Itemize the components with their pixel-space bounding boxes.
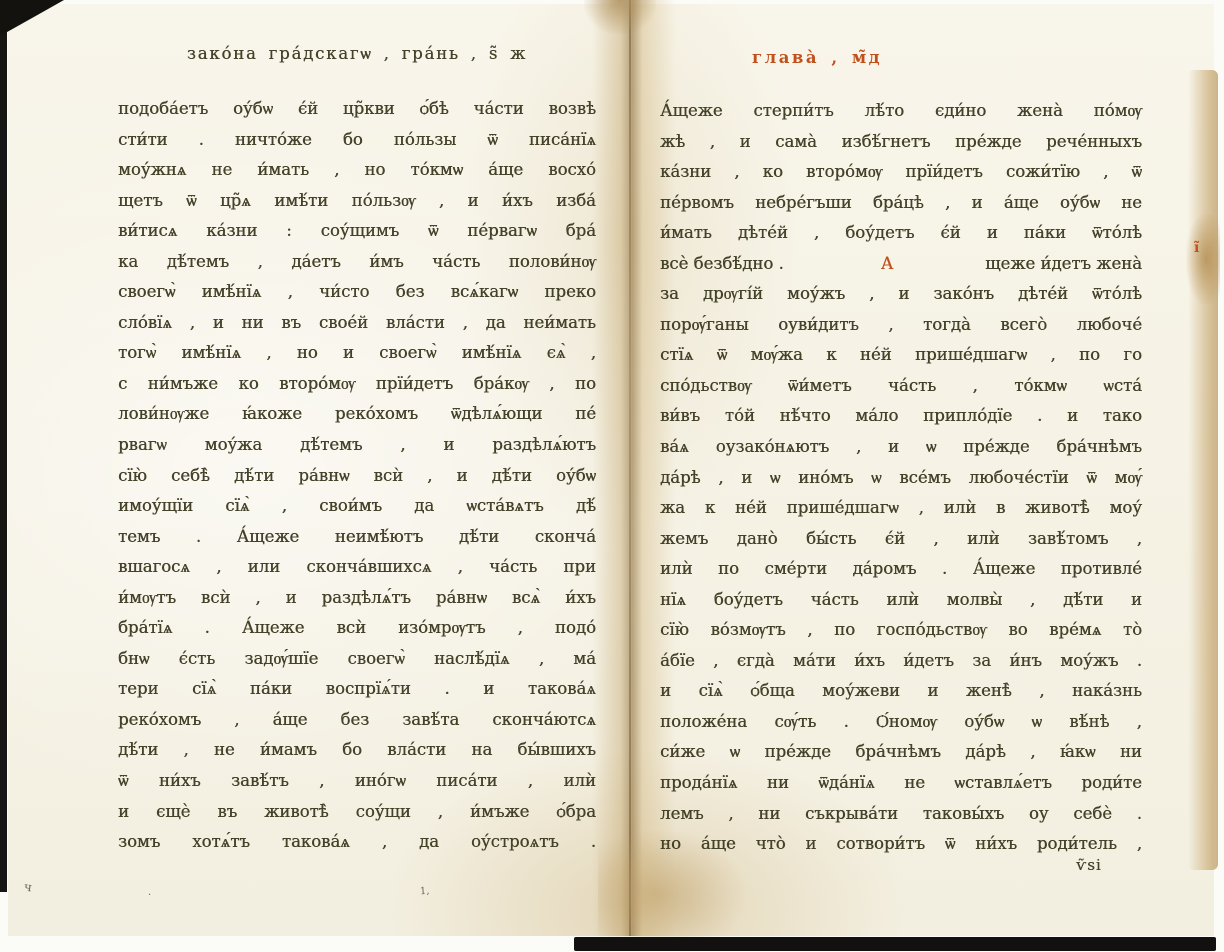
word: рвагѡ [118,430,167,461]
word: таковы́хъ [923,799,1004,830]
word: и [987,218,998,249]
word: , [282,491,287,522]
word: боу́детъ [714,585,783,616]
word: ѿдѣлѧ́ющи [451,399,542,430]
word: , [869,279,874,310]
word: полови́нѹ [509,247,596,278]
word: а́ще [1004,188,1039,219]
word: неимѣ́ютъ [335,522,424,553]
word: во́змѹтъ [710,615,785,646]
word: , [1039,676,1044,707]
text-line: задрѹгі́ймоу́жъ,изако́нъдѣте́йѿто́лѣ [660,279,1142,310]
word: си́же [660,737,705,768]
word: моу́ [1109,493,1141,524]
word: . [1037,401,1042,432]
text-line: сло́вїѧ,инивъсвое́йвла́сти,данеи́мать [118,308,596,339]
word: , [888,310,893,341]
word: дѣ́ти [1063,585,1103,616]
word: любоче́стїи [969,463,1069,494]
word: не́й [860,340,892,371]
word: оу́бѡ [556,461,596,492]
word: , [1050,340,1055,371]
word: писа́нїѧ [529,125,596,156]
word: сама̀ [775,127,817,158]
word: всѧ̀ [512,583,540,614]
word: въ [217,797,237,828]
text-line: исїѧ̀ѻ́бщамоу́жевииженѣ̀,нака́знь [660,676,1142,707]
word: сїѧ̀ [192,674,216,705]
word: , [1030,737,1035,768]
word: ꙗ́коже [242,399,302,430]
word: изо́мрѹтъ [398,613,485,644]
word: ѡ [1031,707,1041,738]
word: , [933,524,938,555]
word: , [288,277,293,308]
quire-signature: ѵ̃ѕі [1076,856,1102,874]
word: въ [281,308,301,339]
text-line: порѹ́ганыоуви́дитъ,тогда̀всего̀любоче́ [660,310,1142,341]
word: раздѣлѧ́тъ [322,583,411,614]
word: оуви́дитъ [778,310,859,341]
word: ѡста́ [1103,371,1142,402]
word: жа [660,493,685,524]
word: не́й [735,493,767,524]
word: и́хъ [502,186,533,217]
word: жемъ [660,524,708,555]
word: , [234,705,239,736]
word: дѣте́й [1018,279,1068,310]
word: моу́жъ [787,279,845,310]
word: , [734,157,739,188]
word: задѹ́шїе [244,644,318,675]
word: то̀ [1123,615,1142,646]
word: ка́зни [206,216,257,247]
word: оузако́нѧютъ [716,432,829,463]
word: или [248,552,280,583]
word: без [396,277,425,308]
word: ма́ [573,644,596,675]
text-line: и́матьдѣте́й,боу́детъє́йипа́киѿто́лѣ [660,218,1142,249]
word: сотвори́тъ [836,829,925,860]
word: бра́тїѧ [118,613,172,644]
word: ѡста́вѧтъ [466,491,543,522]
word: єди́но [935,96,986,127]
word: ничто́же [235,125,312,156]
word: , [255,583,260,614]
word: противле́ [1061,554,1142,585]
word: , [919,493,924,524]
word: ра́внѡ [298,461,349,492]
word: имѣ́нїѧ [202,277,262,308]
word: избѣ́гнетъ [842,127,931,158]
word: ѿ [717,340,727,371]
word: ѿ [1132,157,1142,188]
word: роди́те [1081,768,1142,799]
word: свои́мъ [319,491,382,522]
word: , [266,338,271,369]
word: ѿ [487,125,497,156]
word: и [898,279,909,310]
word: єѧ̀ [547,338,566,369]
word: , [539,644,544,675]
word: , [190,308,195,339]
word: сїѧ̀ [225,491,249,522]
word: илѝ [944,493,976,524]
word: ино́мъ [798,463,853,494]
word: илѝ [967,524,999,555]
word: ви́тисѧ [118,216,177,247]
word: ѡ [871,463,881,494]
word: по́льзѹ [352,186,416,217]
word: бра́цѣ [873,188,924,219]
word: нака́знь [1072,676,1142,707]
word: и [468,186,479,217]
word: бра́кѹ [474,369,529,400]
word: ѻ́бѣ [420,94,449,125]
word: : [286,216,292,247]
word: и [483,674,494,705]
word: ча́сть [489,552,537,583]
word: такова́ѧ [528,674,596,705]
word: восхо́ [548,155,596,186]
word: . [444,674,449,705]
word: моу́жа [205,430,263,461]
text-line: ва́ѧоузако́нѧютъ,иѡпре́ждебра́чнѣмъ [660,432,1142,463]
word: . [196,522,201,553]
word: и [740,127,751,158]
word: такова́ѧ [282,827,350,858]
text-line: лемъ,нисъкрыва́титаковы́хъоусебѐ. [660,799,1142,830]
word: илѝ [660,554,692,585]
word: дѣ́темъ [167,247,229,278]
word: с [118,369,127,400]
word: пе́рвагѡ [467,216,537,247]
word: сїю̀ [118,461,147,492]
text-line: реко́хомъ,а́щебеззавѣ́тасконча́ютсѧ [118,705,596,736]
word: , [1030,585,1035,616]
word: , [807,615,812,646]
word: не [214,735,235,766]
word: ни́хъ [159,766,201,797]
word: вѣ́нѣ [1069,707,1109,738]
word: и [660,676,671,707]
word: но [297,338,318,369]
word: ѿда́нїѧ [818,768,874,799]
word: . [942,554,947,585]
word: завѣ́та [402,705,459,736]
word: мѹ́жа [751,340,803,371]
text-line: сти́ти.ничто́жебопо́льзыѿписа́нїѧ [118,125,596,156]
left-running-header: зако́на гра́дскагѡ , гра́нь , ѕ̃ ж [118,44,596,64]
word: , [710,127,715,158]
word: животѣ̀ [264,797,328,828]
word: А́щеже [973,554,1036,585]
word: вшагосѧ [118,552,190,583]
word: а́бїе [660,646,695,677]
word: прїи́детъ [905,157,982,188]
word: во [1008,615,1027,646]
text-line: да́рѣ,иѡино́мъѡвсе́мълюбоче́стїиѿмѹ́ [660,463,1142,494]
text-line: нїѧбоу́детъча́стьилѝмолвы̀,дѣ́тии [660,585,1142,616]
word: раздѣлѧ́ютъ [492,430,596,461]
word: бо [342,735,362,766]
word: прїи́детъ [376,369,453,400]
word: ва́ѧ [660,432,689,463]
word: сконча́ютсѧ [492,705,596,736]
text-line: вшагосѧ,илисконча́вшихсѧ,ча́стьпри [118,552,596,583]
word: є́й [940,218,960,249]
text-line: прода́нїѧниѿда́нїѧнеѡставлѧ́етъроди́те [660,768,1142,799]
word: имѣ́нїѧ [181,338,241,369]
text-line: бра́тїѧ.А́щежевсѝизо́мрѹтъ,подо́ [118,613,596,644]
word: ино́гѡ [355,766,406,797]
word: по [575,369,596,400]
word: тогѡ̀ [118,338,156,369]
word: а́ще [488,155,523,186]
word: ни [242,308,264,339]
left-text-column: подоба́етъоу́бѡє́йцр̃квиѻ́бѣча́стивозвѣс… [118,94,596,858]
word: и [286,583,297,614]
word: всѝ [201,583,231,614]
word: ви́въ [660,401,700,432]
word: и́хъ [854,646,885,677]
word: прише́дшагѡ [915,340,1027,371]
pen-scribble: · [148,890,151,901]
word: моу́жнѧ [118,155,186,186]
word: , [183,735,188,766]
word: оу́строѧтъ [471,827,559,858]
word: по [1079,340,1100,371]
word: ѿ [1086,463,1096,494]
word: второ́мѹ [806,157,882,188]
word: бра́чнѣмъ [1056,432,1142,463]
word: сїѧ̀ [698,676,722,707]
word: ѿ [945,829,955,860]
word: , [319,766,324,797]
word: ра́внѡ [436,583,487,614]
word: по [834,615,855,646]
word: прода́нїѧ [660,768,738,799]
word: по́льзы [394,125,457,156]
word: є́сть [179,644,216,675]
word: имоу́щїи [118,491,193,522]
word: вла́сти [386,308,445,339]
word: моу́жеви [822,676,900,707]
word: своегѡ̀ [347,644,404,675]
word: все́мъ [899,463,951,494]
word: и [888,432,899,463]
word: и [213,308,224,339]
word: , [528,766,533,797]
word: подоба́етъ [118,94,208,125]
word: темъ [118,522,160,553]
margin-rubric-note: і̃ [1194,240,1199,256]
text-line: зомъхотѧ́тътакова́ѧ,даоу́строѧтъ. [118,827,596,858]
word: всѧ́кагѡ [451,277,519,308]
text-line: темъ.А́щеженеимѣ́ютъдѣ́тисконча́ [118,522,596,553]
word: на [471,735,492,766]
word: и́мъ [369,247,403,278]
text-line: лови́нѹжеꙗ́кожереко́хомъѿдѣлѧ́ющипе́ [118,399,596,430]
word: и́мъже [470,797,529,828]
word: пре́жде [963,432,1029,463]
word: тако [1103,401,1142,432]
gutter-crease-line [629,0,631,936]
word: сїю̀ [660,615,689,646]
word: вре́мѧ [1049,615,1101,646]
text-line: дѣ́ти,неи́мамъбовла́стинабы́вшихъ [118,735,596,766]
word: тери [118,674,158,705]
word: и́мать [660,218,712,249]
word: боу́детъ [845,218,914,249]
word: , [1137,524,1142,555]
text-line: сїю̀во́змѹтъ,погоспо́дьствѹвовре́мѧто̀ [660,615,1142,646]
word: мѹ́ [1115,463,1142,494]
word: , [1137,829,1142,860]
word: и́хъ [565,583,596,614]
word: , [713,646,718,677]
word: всѝ [374,461,404,492]
word: за [972,646,991,677]
page-edge-right-tan [1188,70,1218,870]
page-top-notch [584,0,656,34]
line-segment: щеже и́детъ жена̀ [985,249,1142,280]
word: и [118,797,129,828]
word: сѹ́ть [774,707,816,738]
word: цр̃ѧ [220,186,251,217]
word: дѣ́ти [234,461,274,492]
word: и [457,461,468,492]
word: всего̀ [1000,310,1047,341]
word: да́рѣ [965,737,1006,768]
word: лови́нѹже [118,399,209,430]
word: небре́гъши [755,188,852,219]
scan-edge-bottom [574,937,1216,951]
word: ꙗ́кѡ [1060,737,1096,768]
word: . [1137,799,1142,830]
word: сконча́вшихсѧ [306,552,431,583]
text-line: всѐ безбѣ́дно . Ащеже и́детъ жена̀ [660,249,1142,280]
word: и [741,463,752,494]
word: ни́мъже [148,369,218,400]
pen-scribble: 1, [420,886,430,898]
word: . [844,707,849,738]
word: порѹ́ганы [660,310,749,341]
word: , [427,461,432,492]
text-line: моу́жнѧнеи́мать,ното́кмѡа́щевосхо́ [118,155,596,186]
word: цр̃кви [343,94,395,125]
text-line: сїю̀себѣ̀дѣ́тира́внѡвсѝ,идѣ́тиоу́бѡ [118,461,596,492]
word: да́рѣ [660,463,701,494]
word: , [518,613,523,644]
word: лемъ [660,799,704,830]
word: нїѧ [660,585,686,616]
word: моу́жъ [1060,646,1118,677]
word: дѣ́ [576,491,596,522]
word: и́мѹтъ [118,583,176,614]
word: спо́дьствѹ [660,371,752,402]
word: молвы̀ [947,585,1003,616]
word: дано̀ [737,524,778,555]
word: и [927,676,938,707]
text-line: спо́дьствѹѿи́метъча́сть,то́кмѡѡста́ [660,371,1142,402]
word: оу́бѡ [1060,188,1100,219]
word: лѣ́то [865,96,905,127]
word: го [1123,340,1142,371]
word: писа́ти [436,766,497,797]
word: А́щеже [242,613,305,644]
word: и [443,430,454,461]
word: да́ромъ [853,554,917,585]
word: чи́сто [319,277,369,308]
word: и [972,188,983,219]
word: ча́сть [888,371,936,402]
text-line: жакне́йприше́дшагѡ,илѝвживотѣ̀моу́ [660,493,1142,524]
word: ка [118,247,138,278]
word: ѡставлѧ́етъ [954,768,1052,799]
word: оу́бѡ [233,94,273,125]
word: . [591,827,596,858]
word: и́нъ [1009,646,1042,677]
word: да [486,308,506,339]
word: ѿи́метъ [788,371,852,402]
word: бнѡ [118,644,149,675]
line-segment: всѐ безбѣ́дно . [660,249,789,280]
word: ни [767,768,789,799]
text-line: рвагѡмоу́жадѣ́темъ,ираздѣлѧ́ютъ [118,430,596,461]
word: ѿ [428,216,438,247]
word: пе́рвомъ [660,188,734,219]
word: и [343,338,354,369]
word: хотѧ́тъ [192,827,250,858]
word: , [439,186,444,217]
word: па́ки [1024,218,1066,249]
text-line: своегѡ̀имѣ́нїѧ,чи́стобезвсѧ́кагѡпреко [118,277,596,308]
word: , [258,247,263,278]
word: , [216,552,221,583]
word: жѣ [660,127,685,158]
word: , [382,827,387,858]
word: завѣ́тъ [231,766,289,797]
text-line: подоба́етъоу́бѡє́йцр̃квиѻ́бѣча́стивозвѣ [118,94,596,125]
word: єщѐ [156,797,190,828]
word: єгда̀ [737,646,775,677]
word: , [856,432,861,463]
word: , [814,218,819,249]
text-line: терисїѧ̀па́кивоспрїѧ́ти.итакова́ѧ [118,674,596,705]
word: па́ки [250,674,292,705]
word: ѻ́бра [556,797,596,828]
word: не [904,768,925,799]
word: оу́бѡ [964,707,1004,738]
word: , [334,155,339,186]
word: подо́ [555,613,596,644]
text-line: стїѧѿмѹ́жакне́йприше́дшагѡ,пого [660,340,1142,371]
word: . [205,613,210,644]
word: и́мать [257,155,309,186]
word: оу [1029,799,1049,830]
word: , [718,463,723,494]
word: , [438,797,443,828]
word: тогда̀ [923,310,971,341]
text-line: имоу́щїисїѧ̀,свои́мъдаѡста́вѧтъдѣ́ [118,491,596,522]
word: к [826,340,836,371]
text-line: ноа́щечто̀исотвори́тъѿни́хъроди́тель, [660,829,1142,860]
word: , [945,188,950,219]
word: и́мамъ [260,735,317,766]
word: себѐ [1073,799,1112,830]
word: соу́щи [356,797,411,828]
